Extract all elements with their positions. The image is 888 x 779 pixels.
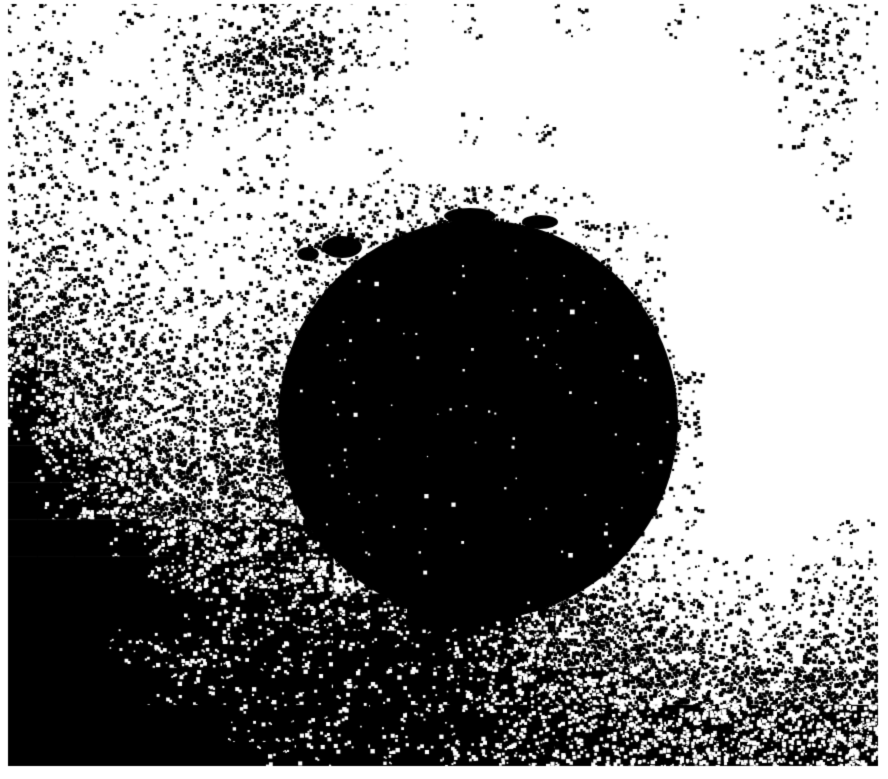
screenshot-root bbox=[0, 0, 888, 779]
micrograph-canvas bbox=[0, 0, 888, 779]
micrograph-photo bbox=[0, 0, 888, 779]
